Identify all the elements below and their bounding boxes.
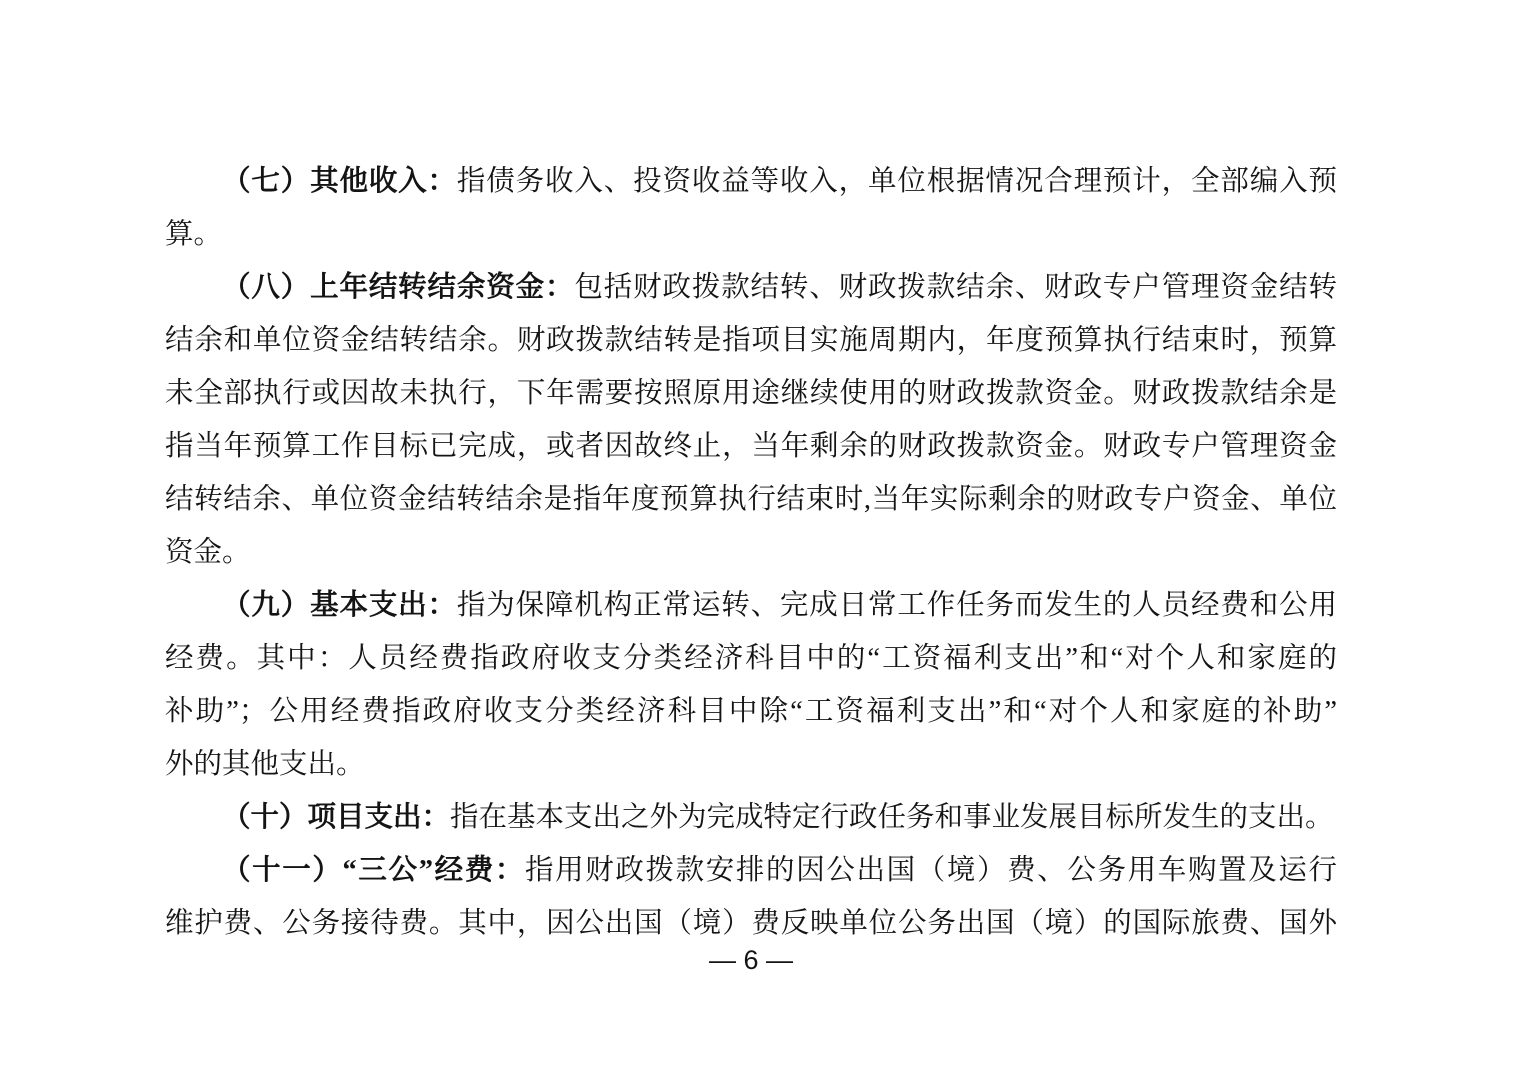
text-segment: 指债务收入、投资收益等收入，单位根据情况合理预计，全部编入预: [457, 166, 1337, 197]
text-segment: 未全部执行或因故未执行，下年需要按照原用途继续使用的财政拨款资金。财政拨款结余是: [165, 378, 1337, 409]
text-segment: 算。: [165, 219, 222, 250]
term-heading: （十一）“三公”经费：: [222, 855, 525, 886]
text-segment: 外的其他支出。: [165, 749, 365, 780]
text-segment: 指在基本支出之外为完成特定行政任务和事业发展目标所发生的支出。: [450, 802, 1334, 833]
text-line: 外的其他支出。: [165, 738, 1337, 791]
text-segment: 包括财政拨款结转、财政拨款结余、财政专户管理资金结转: [574, 272, 1337, 303]
text-segment: 指用财政拨款安排的因公出国（境）费、公务用车购置及运行: [525, 855, 1337, 886]
text-line: 资金。: [165, 526, 1337, 579]
term-heading: （七）其他收入：: [222, 166, 457, 197]
text-segment: 结余和单位资金结转结余。财政拨款结转是指项目实施周期内，年度预算执行结束时，预算: [165, 325, 1337, 356]
text-line: 结转结余、单位资金结转结余是指年度预算执行结束时,当年实际剩余的财政专户资金、单…: [165, 473, 1337, 526]
text-line: （九）基本支出：指为保障机构正常运转、完成日常工作任务而发生的人员经费和公用: [165, 579, 1337, 632]
text-line: 指当年预算工作目标已完成，或者因故终止，当年剩余的财政拨款资金。财政专户管理资金: [165, 420, 1337, 473]
text-line: 结余和单位资金结转结余。财政拨款结转是指项目实施周期内，年度预算执行结束时，预算: [165, 314, 1337, 367]
text-line: 未全部执行或因故未执行，下年需要按照原用途继续使用的财政拨款资金。财政拨款结余是: [165, 367, 1337, 420]
text-segment: 指当年预算工作目标已完成，或者因故终止，当年剩余的财政拨款资金。财政专户管理资金: [165, 431, 1337, 462]
term-heading: （十）项目支出：: [222, 802, 450, 833]
text-line: 补助”；公用经费指政府收支分类经济科目中除“工资福利支出”和“对个人和家庭的补助…: [165, 685, 1337, 738]
text-segment: 经费。其中：人员经费指政府收支分类经济科目中的“工资福利支出”和“对个人和家庭的: [165, 643, 1337, 674]
term-heading: （八）上年结转结余资金：: [222, 272, 574, 303]
text-segment: 结转结余、单位资金结转结余是指年度预算执行结束时,当年实际剩余的财政专户资金、单…: [165, 484, 1337, 515]
page-number: — 6 —: [165, 942, 1337, 978]
text-line: （八）上年结转结余资金：包括财政拨款结转、财政拨款结余、财政专户管理资金结转: [165, 261, 1337, 314]
document-body: （七）其他收入：指债务收入、投资收益等收入，单位根据情况合理预计，全部编入预算。…: [165, 155, 1337, 950]
text-segment: 维护费、公务接待费。其中，因公出国（境）费反映单位公务出国（境）的国际旅费、国外: [165, 908, 1337, 939]
text-line: （七）其他收入：指债务收入、投资收益等收入，单位根据情况合理预计，全部编入预: [165, 155, 1337, 208]
document-page: （七）其他收入：指债务收入、投资收益等收入，单位根据情况合理预计，全部编入预算。…: [0, 0, 1520, 1074]
text-segment: 指为保障机构正常运转、完成日常工作任务而发生的人员经费和公用: [457, 590, 1337, 621]
text-line: 算。: [165, 208, 1337, 261]
text-line: （十）项目支出：指在基本支出之外为完成特定行政任务和事业发展目标所发生的支出。: [165, 791, 1337, 844]
term-heading: （九）基本支出：: [222, 590, 457, 621]
text-line: （十一）“三公”经费：指用财政拨款安排的因公出国（境）费、公务用车购置及运行: [165, 844, 1337, 897]
text-segment: 资金。: [165, 537, 251, 568]
text-line: 经费。其中：人员经费指政府收支分类经济科目中的“工资福利支出”和“对个人和家庭的: [165, 632, 1337, 685]
text-segment: 补助”；公用经费指政府收支分类经济科目中除“工资福利支出”和“对个人和家庭的补助…: [165, 696, 1337, 727]
